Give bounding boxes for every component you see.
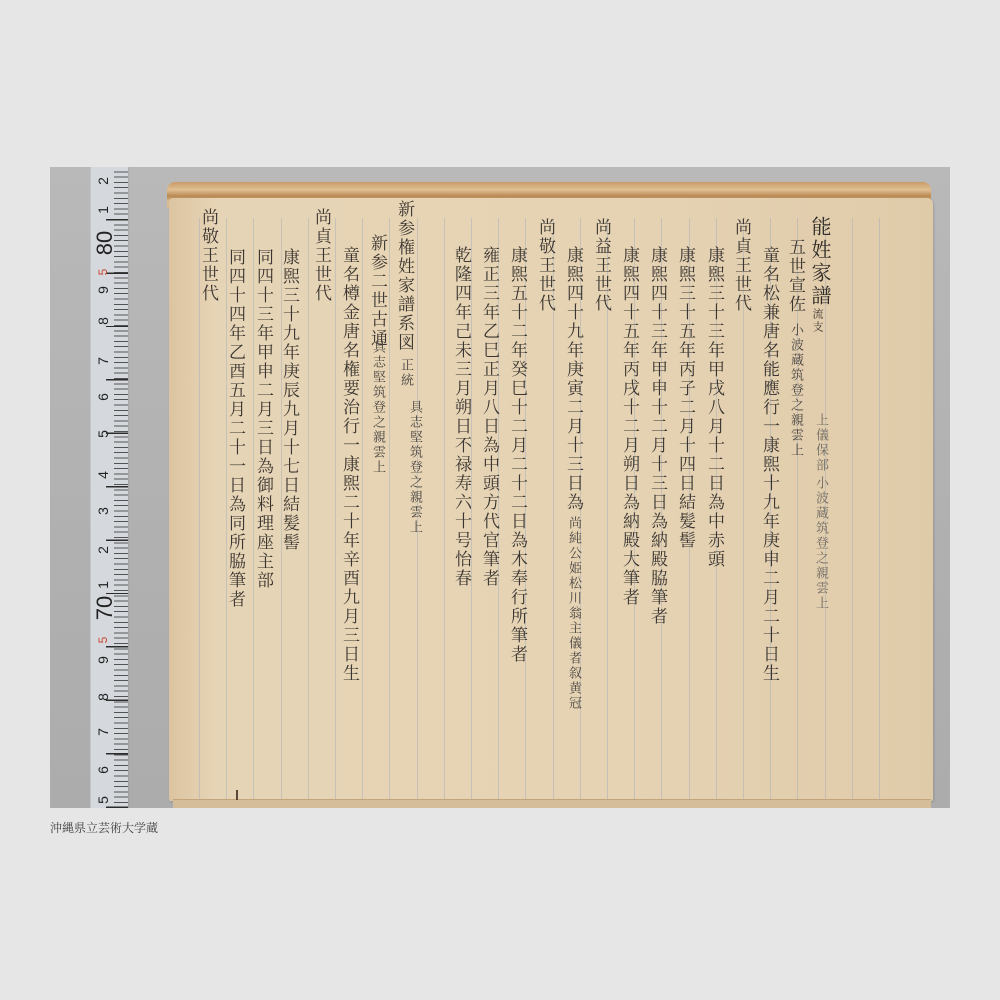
generation-heading: 五世宣佐 <box>783 238 808 314</box>
viewer-stage: 2 1 80 5 9 8 7 6 5 4 3 2 1 70 5 9 8 7 6 … <box>0 0 1000 1000</box>
ruler-label: 6 <box>95 389 111 405</box>
notebook-page: 能姓家譜 流支 五世宣佐 小波蔵筑登之親雲上 上儀保部 小波蔵筑登之親雲上 童名… <box>169 198 933 801</box>
page-bottom-edge <box>173 799 931 808</box>
reign-heading: 尚貞王世代 <box>309 208 334 303</box>
rule-line <box>879 218 880 803</box>
title-annotation: 流支 <box>809 308 825 334</box>
reign-heading: 尚貞王世代 <box>729 218 754 313</box>
ruler-label: 4 <box>95 467 111 483</box>
rule-line <box>444 218 445 803</box>
ruler-label: 2 <box>95 173 111 189</box>
entry-birth: 童名松兼唐名能應行一康煕十九年庚申二月二十日生 <box>757 246 782 683</box>
archival-photograph: 2 1 80 5 9 8 7 6 5 4 3 2 1 70 5 9 8 7 6 … <box>50 167 950 808</box>
ruler-label: 7 <box>95 724 111 740</box>
ruler-label: 5 <box>95 792 111 808</box>
entry-career: 康煕三十九年庚辰九月十七日結髪髻 <box>277 248 302 552</box>
reign-heading: 尚敬王世代 <box>196 208 221 303</box>
rule-line <box>852 218 853 803</box>
pencil-annotation-rank: 小波蔵筑登之親雲上 <box>811 476 830 611</box>
ruler-label: 70 <box>97 595 113 621</box>
lineage-title: 新参権姓家譜系図 <box>392 200 417 352</box>
genealogy-title: 能姓家譜 <box>806 216 835 308</box>
entry-career: 同四十三年甲申二月三日為御料理座主部 <box>251 248 276 590</box>
reign-heading: 尚敬王世代 <box>533 218 558 313</box>
ruler-label: 5 <box>95 426 111 442</box>
entry-death: 乾隆四年己未三月朔日不禄寿六十号怡春 <box>449 246 474 588</box>
reign-heading: 尚益王世代 <box>589 218 614 313</box>
rule-line <box>308 218 309 803</box>
pencil-annotation: 上儀保部 <box>811 413 830 473</box>
ruler-label: 80 <box>97 230 113 256</box>
genealogy-notebook: 能姓家譜 流支 五世宣佐 小波蔵筑登之親雲上 上儀保部 小波蔵筑登之親雲上 童名… <box>167 182 937 808</box>
measuring-ruler: 2 1 80 5 9 8 7 6 5 4 3 2 1 70 5 9 8 7 6 … <box>90 167 128 808</box>
ruler-label: 1 <box>95 577 111 593</box>
rule-line <box>199 218 200 803</box>
entry-career: 康煕五十二年癸巳十二月二十二日為木奉行所筆者 <box>505 246 530 664</box>
ruler-label: 3 <box>95 503 111 519</box>
rank-title: 具志堅筑登之親雲上 <box>368 340 387 475</box>
ruler-label: 1 <box>95 202 111 218</box>
entry-career: 康煕四十三年甲申十二月十三日為納殿脇筆者 <box>645 246 670 626</box>
ruler-label: 7 <box>95 353 111 369</box>
collection-credit: 沖縄県立芸術大学蔵 <box>50 819 158 836</box>
entry-birth: 童名樽金唐名権要治行一康煕二十年辛酉九月三日生 <box>337 246 362 683</box>
ruler-label: 6 <box>95 762 111 778</box>
entry-career-detail: 尚純公姫松川翁主儀者叙黄冠 <box>564 516 583 711</box>
rule-line <box>335 218 336 803</box>
ruler-label: 8 <box>95 689 111 705</box>
binding-thread <box>236 790 238 800</box>
generation-heading: 新参二世古通 <box>365 234 390 348</box>
rank-title: 具志堅筑登之親雲上 <box>405 400 424 535</box>
ruler-label: 5 <box>95 632 111 648</box>
entry-career: 康煕三十三年甲戌八月十二日為中赤頭 <box>702 246 727 569</box>
ruler-label: 9 <box>95 652 111 668</box>
ruler-label: 5 <box>95 264 111 280</box>
entry-career: 康煕四十九年庚寅二月十三日為 <box>561 246 586 512</box>
ruler-label: 9 <box>95 282 111 298</box>
entry-career: 康煕四十五年丙戌十二月朔日為納殿大筆者 <box>617 246 642 607</box>
ruler-label: 8 <box>95 313 111 329</box>
rank-title: 小波蔵筑登之親雲上 <box>786 323 805 458</box>
lineage-title-note: 正統 <box>396 358 415 388</box>
entry-career: 康煕三十五年丙子二月十四日結髪髻 <box>673 246 698 550</box>
ruler-label: 2 <box>95 542 111 558</box>
rule-line <box>362 218 363 803</box>
entry-career: 同四十四年乙酉五月二十一日為同所脇筆者 <box>223 248 248 609</box>
entry-career: 雍正三年乙巳正月八日為中頭方代官筆者 <box>477 246 502 588</box>
